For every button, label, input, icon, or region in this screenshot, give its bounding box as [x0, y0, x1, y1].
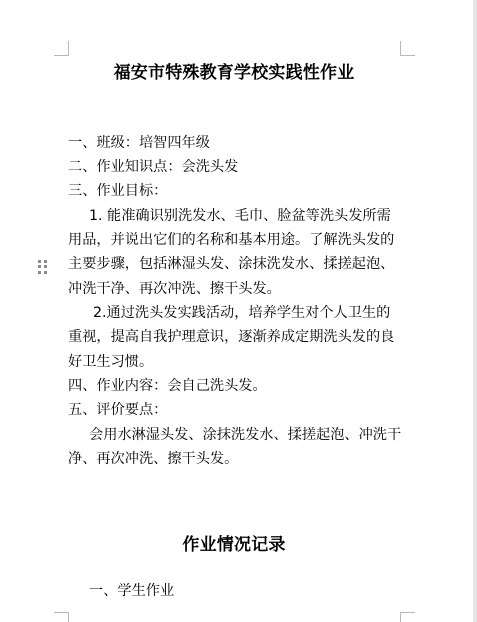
margin-corner-mark	[400, 612, 415, 622]
margin-corner-mark	[54, 41, 69, 56]
text-line: 二、作业知识点：会洗头发	[68, 158, 238, 176]
text-line: 2.通过洗头发实践活动，培养学生对个人卫生的	[93, 304, 390, 322]
scrollbar-track[interactable]	[473, 0, 477, 622]
drag-handle-icon[interactable]	[38, 260, 48, 274]
text-line: 会用水淋湿头发、涂抹洗发水、揉搓起泡、冲洗干	[89, 426, 401, 444]
text-line: 三、作业目标：	[68, 182, 167, 200]
text-line: 一、班级：培智四年级	[68, 134, 210, 152]
text-line: 重视，提高自我护理意识，逐渐养成定期洗头发的良	[68, 328, 394, 346]
text-line: 五、评价要点：	[68, 401, 167, 419]
text-line: 1. 能准确识别洗发水、毛巾、脸盆等洗头发所需	[89, 207, 391, 225]
document-title: 福安市特殊教育学校实践性作业	[0, 58, 468, 83]
text-line: 四、作业内容：会自己洗头发。	[68, 377, 267, 395]
text-line: 一、学生作业	[89, 582, 174, 600]
text-line: 冲洗干净、再次冲洗、擦干头发。	[68, 280, 281, 298]
text-line: 用品，并说出它们的名称和基本用途。了解洗头发的	[68, 231, 394, 249]
text-line: 好卫生习惯。	[68, 353, 153, 371]
margin-corner-mark	[54, 612, 69, 622]
text-line: 主要步骤，包括淋湿头发、涂抹洗发水、揉搓起泡、	[68, 255, 394, 273]
section-title: 作业情况记录	[0, 530, 468, 555]
margin-corner-mark	[400, 41, 415, 56]
text-line: 净、再次冲洗、擦干头发。	[68, 450, 238, 468]
